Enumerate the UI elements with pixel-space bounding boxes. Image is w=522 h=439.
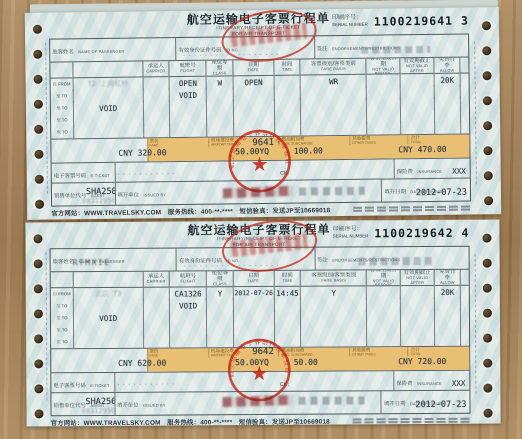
baggage-allow: 20K [441,288,455,297]
col-date-en: DATE [235,68,271,73]
passenger-name-value: RTMXIE [73,258,111,267]
insurance-value: XXX [452,379,466,388]
fare-basis: WR [329,77,338,86]
stamp-star-icon: ★ [251,154,269,176]
left-margin-microprint [46,252,48,400]
fare-basis: Y [331,288,336,297]
issuer-gray-handwriting [298,396,364,404]
itinerary-receipt-form-1: 航空运输电子客票行程单 ITINERARY/RECEIPT OF E-TICKE… [25,7,501,220]
from-city: 北京 T3 [95,289,122,299]
issue-date-value: 2012-07-23 [416,188,467,199]
agent-code-field: 销售单位代号 AGENT CODE SHA256 08312956 [51,393,115,415]
endorsement-faint-print [361,46,430,54]
insurance-label-cn: 保险费 [397,169,413,175]
issue-date-field: 填开日期 DATE OF ISSUE 2012-07-23 [381,391,470,414]
insurance-field: 保险费 INSURANCE XXX [394,159,470,179]
etkt-number-faint: ··········· [117,168,178,179]
fare-value: CNY 620.00 [118,359,166,368]
agent-code-value: SHA258 [86,187,116,197]
footer-fine-print [353,416,471,425]
right-margin-microprint [475,254,477,394]
col-farebasis-en: FARE BASIS [303,67,364,72]
right-margin-microprint [474,41,477,184]
agent-code-secondary: 08312956 [82,407,116,415]
endorsement-field: 签注 ENDORSEMENTS/RESTRICTIONS [315,35,469,59]
from-city: T2 上海虹桥 [87,79,128,89]
passenger-name-field: 旅客姓名 NAME OF PASSENGER RTMXIE [51,249,177,272]
stamp-star-icon: ★ [250,363,268,385]
serial-number: 1100219641 3 [374,13,469,28]
passenger-label-en: NAME OF PASSENGER [78,49,124,55]
issuedby-label-en: ISSUED BY [144,192,167,197]
baggage-allow: 20K [440,75,454,84]
footer-fine-print [353,204,471,214]
total-value: CNY 720.00 [398,357,446,366]
fuel-surcharge-value: 50.00 [294,358,318,367]
agent-code-secondary: 08312956 [82,197,116,205]
endorsement-label-cn: 签注 [317,46,328,52]
col-time-en: TIME [276,68,298,72]
fare-label-en: FARE [149,143,206,147]
issuedby-label-cn: 填开单位 [117,193,139,199]
agent-code-field: 销售单位代号 AGENT CODE SHA258 08312956 [52,183,116,206]
etkt-field: 电子客票号码 E-TICKET NO [52,163,116,183]
fare-value: CNY 320.00 [118,148,166,158]
flight-date: 2012-07-26 [234,289,273,297]
void-mark: VOID [179,301,197,310]
class-code: Y [218,289,223,298]
total-value: CNY 470.00 [398,145,446,155]
insurance-field: 保险费 INSURANCE XXX [393,371,469,390]
passenger-label-cn: 旅客姓名 [52,49,74,55]
insurance-value: XXX [452,167,466,176]
void-mark: VOID [179,90,197,99]
issuer-gray-handwriting [299,187,365,196]
issue-date-value: 2012-07-23 [415,400,466,410]
flight-date: OPEN [244,78,262,87]
endorsement-faint-print [358,257,435,265]
flight-time: 14:45 [276,288,299,297]
issue-date-field: 填开日期 DATE OF ISSUE 2012-07-23 [381,179,470,202]
class-code: W [218,78,223,87]
flight-number: OPEN [179,78,197,87]
passenger-name-field: 旅客姓名 NAME OF PASSENGER [50,38,176,62]
void-mark: VOID [99,314,117,323]
void-mark: VOID [99,103,117,112]
col-carrier-en: CARRIER [145,70,167,74]
serial-number: 1100219642 4 [374,226,469,241]
insurance-label-en: INSURANCE [417,169,442,174]
itinerary-receipt-form-2: 航空运输电子客票行程单 ITINERARY/RECEIPT OF E-TICKE… [25,220,500,427]
serial-label-en: SERIAL NUMBER [333,233,369,238]
endorsement-field: 签注 ENDORSEMENTS/RESTRICTIONS [315,247,469,270]
footer-hotline-text: 官方网站：WWW.TRAVELSKY.COM 服务热线：400-**-**** … [51,205,330,217]
passenger-label-cn: 旅客姓名 [53,259,75,265]
left-margin-microprint [45,43,48,194]
etkt-field: 电子客票号码 E-TICKET NO [51,373,115,392]
etkt-label-cn: 电子客票号码 [54,173,86,179]
issuedate-label-cn: 填开日期 [384,189,406,195]
flight-number: CA1326 [175,289,202,298]
agent-code-value: SHA256 [85,397,115,407]
col-flight-en: FLIGHT [172,69,204,73]
fuel-surcharge-value: 100.00 [294,146,323,155]
footer-hotline-text: 官方网站：WWW.TRAVELSKY.COM 服务热线：400-**-**** … [51,417,330,428]
etkt-number-faint: ··········· [117,379,178,389]
total-label-en: TOTAL [411,140,468,144]
serial-label-en: SERIAL NUMBER [332,22,368,27]
endorsement-label-cn: 签注 [317,258,328,264]
col-nva-en: NOT VALID AFTER [403,64,432,73]
